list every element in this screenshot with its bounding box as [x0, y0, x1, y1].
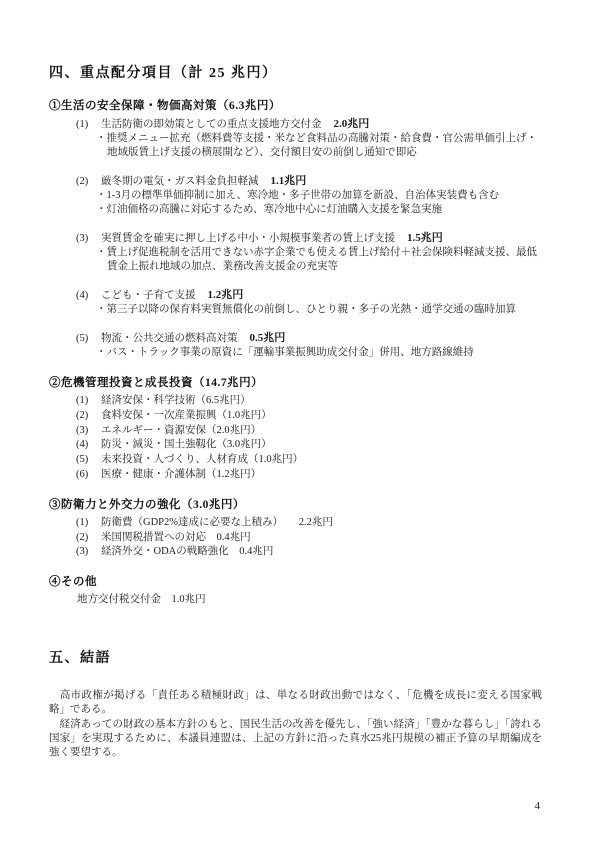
list-item: (1)防衛費（GDP2%達成に必要な上積み） 2.2兆円 [76, 516, 542, 531]
item-label: (6) [76, 468, 101, 483]
budget-item-row: (1)生活防衛の即効策としての重点支援地方交付金2.0兆円 [76, 117, 542, 132]
document-page: 四、重点配分項目（計 25 兆円） ①生活の安全保障・物価高対策（6.3兆円） … [0, 0, 596, 842]
list-item: (4)防災・減災・国土強靱化（3.0兆円） [76, 438, 542, 453]
item-detail: ・賃上げ促進税制を活用できない赤字企業でも使える賃上げ給付＋社会保険料軽減支援、… [96, 246, 542, 274]
section5-title: 五、結語 [49, 647, 542, 667]
group1-heading: ①生活の安全保障・物価高対策（6.3兆円） [49, 97, 542, 113]
item-label: (1) [76, 516, 101, 531]
item-detail: ・推奨メニュー拡充（燃料費等支援・米など食料品の高騰対策・給食費・官公需単価引上… [96, 132, 542, 160]
item-label: (1) [76, 394, 101, 409]
item-title: 厳冬期の電気・ガス料金負担軽減 [101, 176, 259, 187]
conclusion-paragraph: 経済あっての財政の基本方針のもと、国民生活の改善を優先し、「強い経済」「豊かな暮… [49, 718, 542, 761]
list-item: (5)未来投資・人づくり、人材育成（1.0兆円） [76, 453, 542, 468]
list-item: (3)エネルギー・資源安保（2.0兆円） [76, 424, 542, 439]
item-label: (5) [76, 332, 101, 346]
item-amount: 1.2兆円 [208, 289, 244, 301]
list-item: (2)米国関税措置への対応 0.4兆円 [76, 531, 542, 546]
item-title: 実質賃金を確実に押し上げる中小・小規模事業者の賃上げ支援 [101, 233, 395, 244]
item-label: (2) [76, 175, 101, 189]
budget-item-row: (4)こども・子育て支援1.2兆円 [76, 288, 542, 303]
group2-heading: ②危機管理投資と成長投資（14.7兆円） [49, 374, 542, 390]
list-item: (3)経済外交・ODAの戦略強化 0.4兆円 [76, 545, 542, 560]
section4-title: 四、重点配分項目（計 25 兆円） [49, 62, 542, 82]
item-label: (2) [76, 409, 101, 424]
item-detail: ・灯油価格の高騰に対応するため、寒冷地中心に灯油購入支援を緊急実施 [96, 203, 542, 217]
item-text: 米国関税措置への対応 0.4兆円 [101, 532, 251, 543]
item-text: 未来投資・人づくり、人材育成（1.0兆円） [101, 454, 303, 465]
item-label: (5) [76, 453, 101, 468]
list-item: (6)医療・健康・介護体制（1.2兆円） [76, 468, 542, 483]
item-label: (4) [76, 438, 101, 453]
budget-item-row: (3)実質賃金を確実に押し上げる中小・小規模事業者の賃上げ支援1.5兆円 [76, 231, 542, 246]
budget-item: (2)厳冬期の電気・ガス料金負担軽減1.1兆円 ・1-3月の標準単価抑制に加え、… [76, 174, 542, 217]
item-text: 食料安保・一次産業振興（1.0兆円） [101, 410, 272, 421]
item-amount: 1.5兆円 [407, 232, 443, 244]
item-detail: ・1-3月の標準単価抑制に加え、寒冷地・多子世帯の加算を新設、自治体実装費も含む [96, 189, 542, 203]
budget-item-row: (5)物流・公共交通の燃料高対策0.5兆円 [76, 331, 542, 346]
item-label: (3) [76, 424, 101, 439]
item-label: (2) [76, 531, 101, 546]
item-amount: 0.5兆円 [250, 332, 286, 344]
item-label: (4) [76, 289, 101, 303]
item-amount: 2.0兆円 [334, 118, 370, 130]
budget-item: (3)実質賃金を確実に押し上げる中小・小規模事業者の賃上げ支援1.5兆円 ・賃上… [76, 231, 542, 274]
budget-item: (4)こども・子育て支援1.2兆円 ・第三子以降の保育料実質無償化の前倒し、ひと… [76, 288, 542, 317]
page-number: 4 [535, 800, 541, 812]
item-text: 医療・健康・介護体制（1.2兆円） [101, 469, 261, 480]
budget-item-row: (2)厳冬期の電気・ガス料金負担軽減1.1兆円 [76, 174, 542, 189]
budget-item: (1)生活防衛の即効策としての重点支援地方交付金2.0兆円 ・推奨メニュー拡充（… [76, 117, 542, 160]
group4-heading: ④その他 [49, 573, 542, 589]
item-detail: ・バス・トラック事業の原資に「運輸事業振興助成交付金」併用、地方路線維持 [96, 346, 542, 360]
document-content: 四、重点配分項目（計 25 兆円） ①生活の安全保障・物価高対策（6.3兆円） … [49, 62, 542, 760]
budget-item: (5)物流・公共交通の燃料高対策0.5兆円 ・バス・トラック事業の原資に「運輸事… [76, 331, 542, 360]
item-text: 経済安保・科学技術（6.5兆円） [101, 395, 251, 406]
item-label: (3) [76, 232, 101, 246]
item-title: こども・子育て支援 [101, 290, 196, 301]
conclusion-paragraph: 高市政権が掲げる「責任ある積極財政」は、単なる財政出動ではなく、「危機を成長に変… [49, 689, 542, 717]
list-item: (1)経済安保・科学技術（6.5兆円） [76, 394, 542, 409]
item-title: 物流・公共交通の燃料高対策 [101, 333, 238, 344]
group3-heading: ③防衛力と外交力の強化（3.0兆円） [49, 496, 542, 512]
item-amount: 1.1兆円 [271, 175, 307, 187]
item-text: 防衛費（GDP2%達成に必要な上積み） 2.2兆円 [101, 517, 333, 528]
item-label: (1) [76, 118, 101, 132]
item-text: エネルギー・資源安保（2.0兆円） [101, 425, 261, 436]
list-item: (2)食料安保・一次産業振興（1.0兆円） [76, 409, 542, 424]
item-title: 生活防衛の即効策としての重点支援地方交付金 [101, 119, 322, 130]
item-text: 経済外交・ODAの戦略強化 0.4兆円 [101, 546, 273, 557]
item-text: 防災・減災・国土強靱化（3.0兆円） [101, 439, 272, 450]
item-detail: ・第三子以降の保育料実質無償化の前倒し、ひとり親・多子の光熱・通学交通の臨時加算 [96, 303, 542, 317]
group4-body: 地方交付税交付金 1.0兆円 [77, 593, 542, 607]
item-label: (3) [76, 545, 101, 560]
